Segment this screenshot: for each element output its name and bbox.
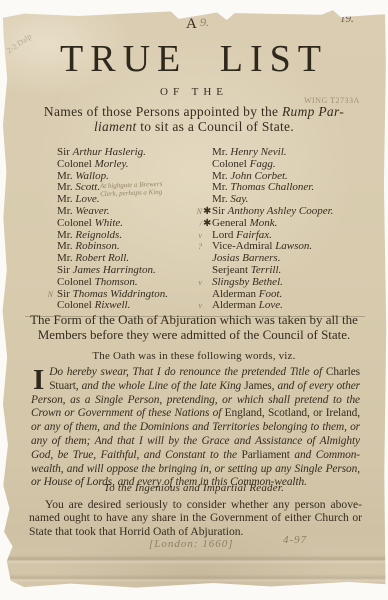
person-name: Weaver. — [75, 205, 109, 217]
person-title: Colonel — [57, 217, 95, 229]
printed-asterisk-mark: ✱ — [203, 206, 212, 218]
person-name: Slingsby Bethel. — [212, 276, 283, 288]
bottom-pencil-shelfmark: 4-97 — [283, 534, 307, 546]
person-name: Fairfax. — [236, 229, 272, 241]
person-title: General — [212, 217, 250, 229]
signature-pencil-number: 9. — [200, 15, 209, 30]
person-name: John Corbet. — [230, 170, 287, 182]
folio-number: 19. — [340, 13, 354, 25]
person-name: Fagg. — [250, 158, 276, 170]
paper-crease — [1, 555, 387, 564]
person-title: Sir — [212, 205, 228, 217]
person-title: Serjeant — [212, 264, 251, 276]
person-name: Reignolds. — [75, 229, 122, 241]
person-name: Love. — [75, 193, 99, 205]
heading-line1-italic: Rump Par- — [282, 104, 344, 119]
page-title: TRUE LIST — [1, 37, 387, 81]
person-title: Mr. — [57, 229, 75, 241]
pencil-tick-mark: v — [189, 277, 203, 289]
person-name: Henry Nevil. — [230, 146, 286, 158]
person-title: Alderman — [212, 288, 259, 300]
person-name: Morley. — [95, 158, 129, 170]
person-title: Colonel — [57, 299, 95, 311]
person-name: Foot. — [259, 288, 283, 300]
person-name: James Harrington. — [73, 264, 156, 276]
person-title: Mr. — [212, 193, 230, 205]
list-row: vAlderman Love. — [189, 300, 374, 312]
person-title: Lord — [212, 229, 236, 241]
person-name: Josias Barners. — [212, 252, 280, 264]
person-title: Sir — [57, 146, 73, 158]
pencil-tick-mark: ? — [189, 241, 203, 253]
person-title: Mr. — [212, 170, 230, 182]
heading-line-2: liament to sit as a Council of State. — [1, 119, 387, 135]
pencil-tick-mark: v — [189, 230, 203, 242]
oath-dropcap: I — [31, 366, 49, 393]
person-title: Colonel — [57, 158, 95, 170]
oath-text-segment: James — [244, 380, 271, 392]
pencil-tick-mark: N — [189, 206, 203, 218]
signature-mark: A — [186, 16, 198, 33]
reader-note: You are desired seriously to consider wh… — [29, 498, 362, 538]
paper-crease — [1, 574, 387, 582]
person-name: Thomson. — [95, 276, 138, 288]
person-title: Alderman — [212, 299, 259, 311]
person-title: Mr. — [57, 205, 75, 217]
pencil-tick-mark: / — [189, 218, 203, 230]
person-title: Sir — [57, 264, 73, 276]
person-name: Robinson. — [75, 240, 119, 252]
person-name: Monk. — [250, 217, 278, 229]
paper-sheet: 2-2 Dalp A 9. 19. TRUE LIST OF THE WING … — [1, 9, 387, 590]
person-title: Colonel — [212, 158, 250, 170]
name-list-column-left: Sir Arthur Haslerig.Colonel Morley.Mr. W… — [40, 147, 190, 312]
person-name: Thomas Challoner. — [230, 181, 314, 193]
printed-asterisk-mark: ✱ — [203, 218, 212, 230]
heading-line2-italic: liament — [94, 119, 137, 134]
person-name: Say. — [230, 193, 248, 205]
bottom-pencil-imprint: [London: 1660] — [149, 538, 234, 550]
person-name: Thomas Widdrington. — [73, 288, 168, 300]
oath-form-line-2: Members before they were admitted of the… — [1, 327, 387, 342]
pencil-tick-mark: N — [40, 289, 54, 301]
person-name: Rixwell. — [95, 299, 131, 311]
person-name: Wallop. — [75, 170, 109, 182]
person-name: Terrill. — [251, 264, 281, 276]
heading-line-1: Names of those Persons appointed by the … — [1, 104, 387, 120]
oath-text-segment: England, Scotland, or Ireland — [225, 407, 358, 419]
person-title: Mr. — [57, 252, 75, 264]
person-title: Mr. — [57, 170, 75, 182]
oath-text-segment: Do hereby swear, That I do renounce the … — [49, 366, 326, 378]
person-title: Mr. — [57, 181, 75, 193]
person-name: White. — [95, 217, 123, 229]
person-name: Anthony Ashley Cooper. — [228, 205, 334, 217]
person-name: Arthur Haslerig. — [73, 146, 146, 158]
oath-intro: The Oath was in these following words, v… — [1, 350, 387, 362]
name-list-column-right: Mr. Henry Nevil.Colonel Fagg.Mr. John Co… — [189, 147, 374, 312]
pencil-tick-mark: v — [189, 300, 203, 312]
list-row: Colonel Rixwell. — [40, 300, 190, 312]
oath-text-segment: Parliament — [241, 449, 289, 461]
oath-paragraph: IDo hereby swear, That I do renounce the… — [31, 366, 360, 490]
marginalia-annotation: At highgate a Brewers Clerk, perhaps a K… — [100, 180, 163, 198]
person-name: Scott. — [75, 181, 100, 193]
reader-address: To the Ingenious and Impartial Reader. — [1, 482, 387, 494]
person-title: Mr. — [57, 193, 75, 205]
person-name: Robert Roll. — [75, 252, 129, 264]
person-title: Vice-Admiral — [212, 240, 275, 252]
oath-text-segment: , and the whole Line of the late King — [76, 380, 244, 392]
heading-line2-roman: to sit as a Council of State. — [137, 119, 294, 134]
person-title: Mr. — [212, 146, 230, 158]
heading-line1-roman: Names of those Persons appointed by the — [44, 104, 282, 119]
person-title: Mr. — [57, 240, 75, 252]
scanned-broadside: 2-2 Dalp A 9. 19. TRUE LIST OF THE WING … — [0, 0, 388, 600]
oath-form-line-1: The Form of the Oath of Abjuration which… — [1, 312, 387, 327]
person-name: Love. — [259, 299, 283, 311]
person-title: Mr. — [212, 181, 230, 193]
person-name: Lawson. — [275, 240, 312, 252]
person-title: Sir — [57, 288, 73, 300]
person-title: Colonel — [57, 276, 95, 288]
